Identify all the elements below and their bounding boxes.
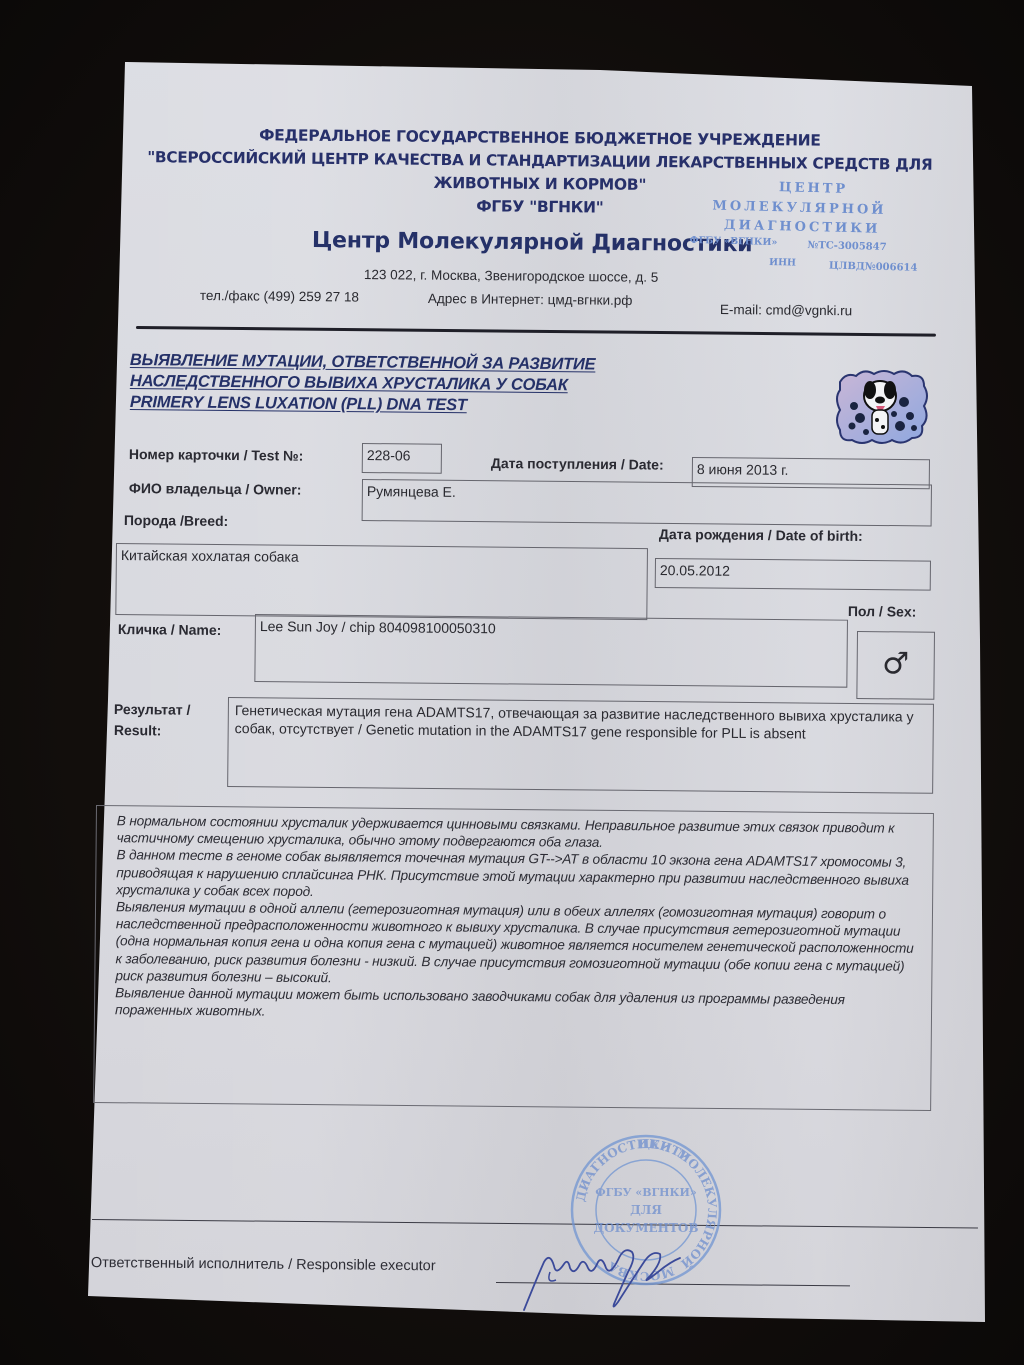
date-of-birth-label: Дата рождения / Date of birth: — [659, 526, 863, 544]
name-field[interactable]: Lee Sun Joy / chip 804098100050310 — [254, 614, 848, 688]
svg-text:ИНН: ИНН — [769, 257, 796, 269]
center-title: Центр Молекулярной Диагностики — [312, 228, 753, 257]
breed-field[interactable]: Китайская хохлатая собака — [115, 543, 648, 620]
description-paragraph: Выявления мутации в одной аллели (гетеро… — [115, 898, 914, 992]
test-number-label: Номер карточки / Test №: — [129, 446, 304, 464]
test-title-line-3: PRIMERY LENS LUXATION (PLL) DNA TEST — [130, 392, 467, 416]
date-of-birth-field[interactable]: 20.05.2012 — [655, 558, 931, 591]
result-label-ru: Результат / — [114, 701, 191, 718]
responsible-executor-label: Ответственный исполнитель / Responsible … — [91, 1255, 436, 1274]
email: E-mail: cmd@vgnki.ru — [720, 302, 852, 318]
dalmatian-dog-logo-icon — [832, 366, 932, 446]
breed-label: Порода /Breed: — [124, 512, 228, 529]
description-paragraph: Выявление данной мутации может быть испо… — [115, 984, 913, 1026]
sex-field[interactable]: ♂ — [856, 631, 935, 700]
svg-text:ЦЛВД№006614: ЦЛВД№006614 — [829, 261, 918, 274]
svg-text:ДЛЯ: ДЛЯ — [630, 1203, 662, 1217]
svg-text:ФГБУ «ВГНКИ»: ФГБУ «ВГНКИ» — [595, 1186, 697, 1199]
test-number-field[interactable]: 228-06 — [362, 443, 442, 474]
svg-text:№ТС-3005847: №ТС-3005847 — [807, 240, 886, 253]
center-stamp: ЦЕНТР МОЛЕКУЛЯРНОЙ ДИАГНОСТИКИ ФГБУ «ВГН… — [690, 176, 930, 276]
name-label: Кличка / Name: — [118, 621, 222, 638]
sex-label: Пол / Sex: — [848, 603, 917, 620]
handwritten-signature — [510, 1232, 700, 1312]
result-label-en: Result: — [114, 722, 162, 738]
address: 123 022, г. Москва, Звенигородское шоссе… — [364, 267, 659, 285]
result-field[interactable]: Генетическая мутация гена ADAMTS17, отве… — [227, 697, 934, 794]
phone-fax: тел./факс (499) 259 27 18 — [200, 288, 359, 305]
owner-field[interactable]: Румянцева Е. — [362, 479, 932, 526]
svg-text:ФГБУ «ВГНКИ»: ФГБУ «ВГНКИ» — [690, 235, 778, 248]
owner-label: ФИО владельца / Owner: — [129, 480, 302, 498]
description-paragraph: В данном тесте в геноме собак выявляется… — [116, 847, 914, 906]
male-symbol-icon: ♂ — [882, 646, 909, 681]
date-received-label: Дата поступления / Date: — [491, 455, 664, 473]
svg-text:ДИАГНОСТИКИ: ДИАГНОСТИКИ — [724, 218, 881, 237]
svg-text:ЦЕНТР: ЦЕНТР — [779, 180, 849, 197]
test-description-box: В нормальном состоянии хрусталик удержив… — [93, 805, 934, 1111]
svg-text:МОЛЕКУЛЯРНОЙ: МОЛЕКУЛЯРНОЙ — [712, 196, 887, 218]
website: Адрес в Интернет: цмд-вгнки.рф — [428, 291, 633, 308]
